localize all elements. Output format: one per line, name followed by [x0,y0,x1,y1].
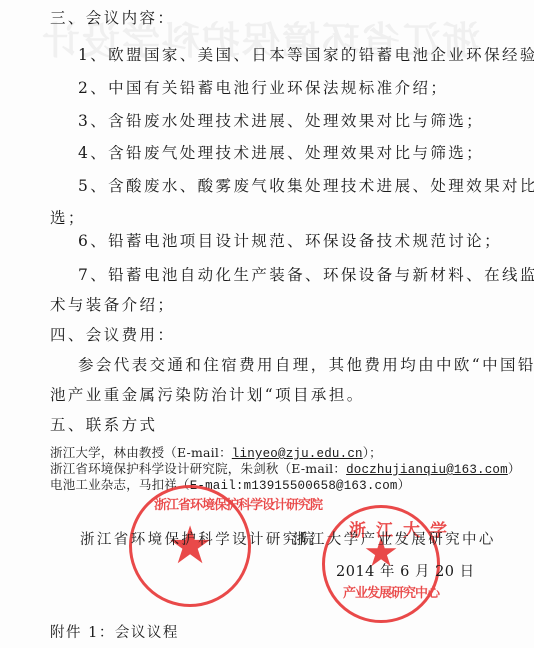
agenda-item-2: 2、中国有关铅蓄电池行业环保法规标准介绍； [78,78,448,98]
agenda-item-6: 6、铅蓄电池项目设计规范、环保设备技术规范讨论； [78,231,502,251]
agenda-item-7: 7、铅蓄电池自动化生产装备、环保设备与新材料、在线监测技 [78,265,534,285]
attachment-label: 附件 1：会议议程 [50,623,179,643]
contact-suffix: ）； [363,445,382,460]
email-text: E-mail:m13915500658@163.com [190,479,398,493]
agenda-item-4: 4、含铅废气处理技术进展、处理效果对比与筛选； [78,143,484,163]
seal-bottom-text: 产业发展研究中心 [343,582,439,601]
fees-paragraph-line-2: 池产业重金属污染防治计划“项目承担。 [50,385,365,405]
contact-battery-journal: 电池工业杂志，马扣祥（E-mail:m13915500658@163.com） [50,477,410,494]
agenda-item-5: 5、含酸废水、酸雾废气收集处理技术进展、处理效果对比与筛 [78,176,534,196]
email-link[interactable]: doczhujianqiu@163.com [346,463,508,477]
fees-paragraph-line-1: 参会代表交通和住宿费用自理，其他费用均由中欧“中国铅酸电 [78,355,534,375]
agenda-item-7-wrap: 术与装备介绍； [50,295,175,315]
agenda-item-3: 3、含铅废水处理技术进展、处理效果对比与筛选； [78,111,484,131]
email-link[interactable]: linyeo@zju.edu.cn [232,447,363,461]
signature-org-2: 浙江大学产业发展研究中心 [293,530,496,550]
contact-label: 浙江省环境保护科学设计研究院，朱剑秋（E-mail： [50,461,346,476]
document-page: 浙江省环境保护科学设计 三、会议内容： 1、欧盟国家、美国、日本等国家的铅蓄电池… [0,0,534,648]
seal-arc-text: 浙江省环境保护科学设计研究院 [154,494,322,513]
section-4-heading: 四、会议费用： [50,325,175,345]
contact-label: 浙江大学，林由教授（E-mail： [50,445,232,460]
section-3-heading: 三、会议内容： [50,8,175,28]
agenda-item-1: 1、欧盟国家、美国、日本等国家的铅蓄电池企业环保经验分享； [78,45,534,65]
signature-date: 2014 年 6 月 20 日 [336,562,475,582]
contact-suffix: ） [508,461,521,476]
signature-org-1: 浙江省环境保护科学设计研究院 [80,530,317,550]
agenda-item-5-wrap: 选； [50,208,86,228]
contact-suffix: ） [398,477,411,492]
section-5-heading: 五、联系方式 [50,415,157,435]
contact-zjepi: 浙江省环境保护科学设计研究院，朱剑秋（E-mail：doczhujianqiu@… [50,461,521,478]
contact-zju: 浙江大学，林由教授（E-mail：linyeo@zju.edu.cn）； [50,445,382,462]
